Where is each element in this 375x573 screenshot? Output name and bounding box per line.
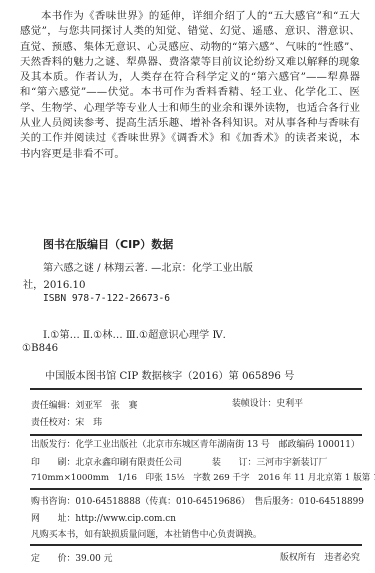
cip-record-number: 中国版本图书馆 CIP 数据核字（2016）第 065896 号 bbox=[45, 367, 294, 382]
print-specs-line: 710mm×1000mm 1/16 印张 15½ 字数 269 千字 2016 … bbox=[31, 471, 375, 483]
copyright-notice: 版权所有 违者必究 bbox=[280, 550, 360, 563]
cover-designer: 装帧设计：史利平 bbox=[232, 396, 303, 409]
publisher-line: 出版发行：化学工业出版社（北京市东城区青年湖南街 13 号 邮政编码 10001… bbox=[31, 437, 360, 450]
cip-title-line-cont: 社，2016.10 bbox=[23, 276, 86, 291]
responsible-editors: 责任编辑：刘亚军 张 赛 bbox=[31, 398, 138, 411]
binder-line: 装 订：三河市宇新装订厂 bbox=[212, 455, 327, 468]
website-line: 网 址：http://www.cip.com.cn bbox=[31, 511, 176, 524]
cip-isbn: ISBN 978-7-122-26673-6 bbox=[43, 293, 170, 304]
divider bbox=[30, 434, 362, 436]
printer-line: 印 刷：北京永鑫印刷有限责任公司 bbox=[31, 455, 182, 468]
responsible-proofreader: 责任校对：宋 玮 bbox=[31, 415, 102, 428]
divider bbox=[30, 488, 362, 490]
cip-classification-cont: ①B846 bbox=[22, 343, 58, 354]
cip-title-line: 第六感之谜 / 林翔云著. —北京：化学工业出版 bbox=[43, 259, 253, 274]
book-summary-paragraph: 本书作为《香味世界》的延伸，详细介绍了人的“五大感官”和“五大感觉”，与您共同探… bbox=[20, 9, 360, 162]
cip-heading: 图书在版编目（CIP）数据 bbox=[43, 236, 173, 252]
price-line: 定 价：39.00 元 bbox=[31, 551, 112, 564]
divider bbox=[30, 544, 362, 546]
cip-classification: Ⅰ.①第… Ⅱ.①林… Ⅲ.①超意识心理学 Ⅳ. bbox=[43, 326, 226, 341]
return-notice-line: 凡购买本书，如有缺损质量问题，本社销售中心负责调换。 bbox=[31, 527, 262, 540]
divider bbox=[30, 388, 362, 390]
purchase-contact-line: 购书咨询：010-64518888（传真：010-64519686） 售后服务：… bbox=[31, 494, 364, 507]
